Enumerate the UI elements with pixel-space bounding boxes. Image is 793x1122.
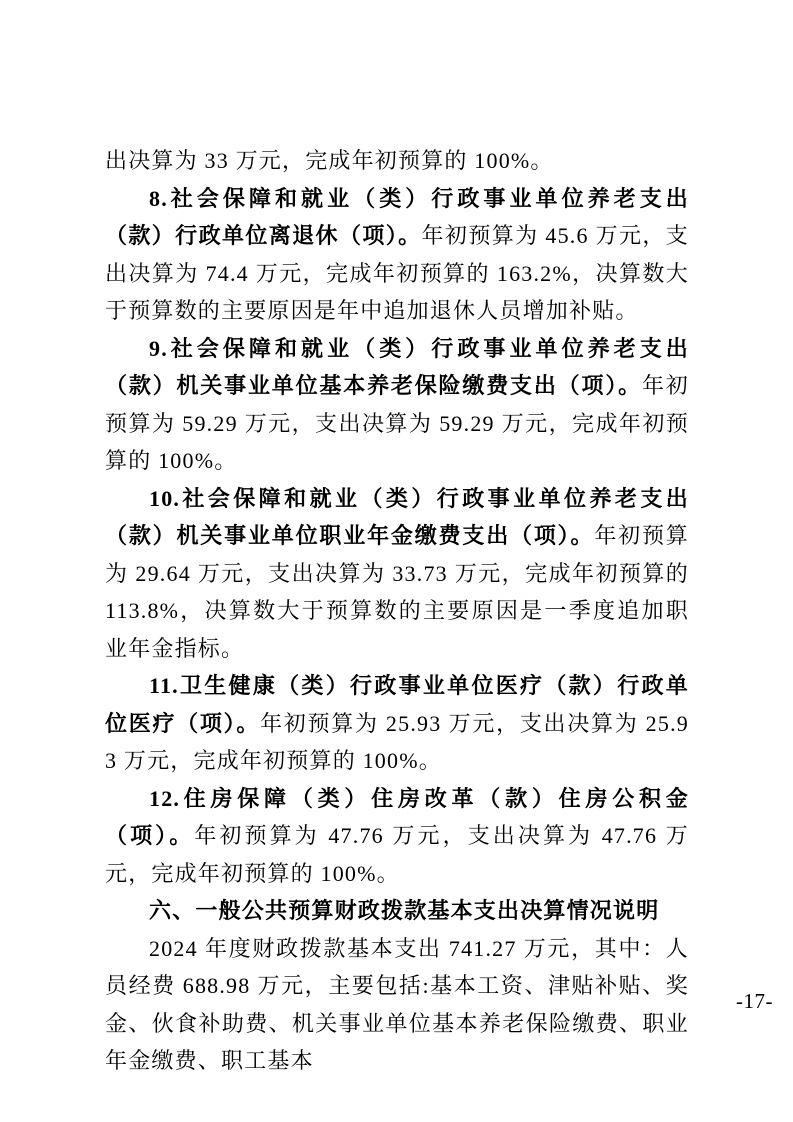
paragraph-item-10: 10.社会保障和就业（类）行政事业单位养老支出（款）机关事业单位职业年金缴费支出…: [105, 480, 689, 668]
paragraph-continuation-text: 出决算为 33 万元，完成年初预算的 100%。: [105, 148, 554, 173]
section-6-heading-text: 六、一般公共预算财政拨款基本支出决算情况说明: [149, 898, 659, 923]
paragraph-item-11: 11.卫生健康（类）行政事业单位医疗（款）行政单位医疗（项）。年初预算为 25.…: [105, 667, 689, 780]
paragraph-continuation: 出决算为 33 万元，完成年初预算的 100%。: [105, 142, 689, 180]
document-page: 出决算为 33 万元，完成年初预算的 100%。 8.社会保障和就业（类）行政事…: [0, 0, 793, 1122]
paragraph-item-9: 9.社会保障和就业（类）行政事业单位养老支出（款）机关事业单位基本养老保险缴费支…: [105, 330, 689, 480]
paragraph-basic-expenditure-text: 2024 年度财政拨款基本支出 741.27 万元，其中：人员经费 688.98…: [105, 936, 689, 1074]
paragraph-item-12: 12.住房保障（类）住房改革（款）住房公积金（项）。年初预算为 47.76 万元…: [105, 780, 689, 893]
paragraph-item-8: 8.社会保障和就业（类）行政事业单位养老支出（款）行政单位离退休（项）。年初预算…: [105, 180, 689, 330]
section-6-heading: 六、一般公共预算财政拨款基本支出决算情况说明: [105, 892, 689, 930]
document-body: 出决算为 33 万元，完成年初预算的 100%。 8.社会保障和就业（类）行政事…: [105, 142, 689, 1080]
item-9-heading: 9.社会保障和就业（类）行政事业单位养老支出（款）机关事业单位基本养老保险缴费支…: [105, 336, 689, 399]
paragraph-basic-expenditure: 2024 年度财政拨款基本支出 741.27 万元，其中：人员经费 688.98…: [105, 930, 689, 1080]
page-number: -17-: [736, 989, 773, 1014]
